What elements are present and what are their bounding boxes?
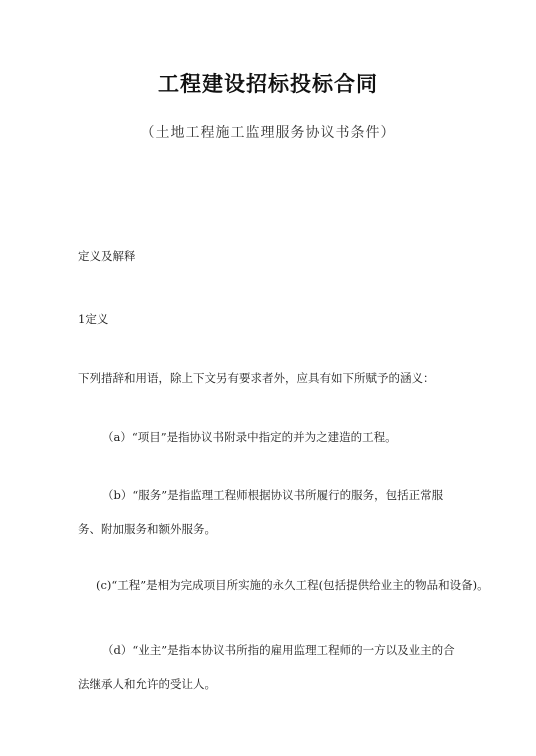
- definition-c: (c)“工程”是相为完成项目所实施的永久工程(包括提供给业主的物品和设备)。: [96, 579, 480, 591]
- section-heading: 定义及解释: [78, 250, 462, 262]
- definition-a: （a）“项目”是指协议书附录中指定的并为之建造的工程。: [102, 431, 486, 443]
- document-title: 工程建设招标投标合同: [0, 68, 536, 98]
- document-subtitle: （土地工程施工监理服务协议书条件）: [0, 122, 536, 142]
- subsection-heading: 1定义: [78, 313, 462, 325]
- intro-paragraph: 下列措辞和用语，除上下文另有要求者外，应具有如下所赋予的涵义：: [78, 372, 462, 384]
- definition-d: （d）“业主”是指本协议书所指的雇用监理工程师的一方以及业主的合法继承人和允许的…: [78, 633, 462, 701]
- definition-b: （b）“服务”是指监理工程师根据协议书所履行的服务，包括正常服务、附加服务和额外…: [78, 478, 462, 546]
